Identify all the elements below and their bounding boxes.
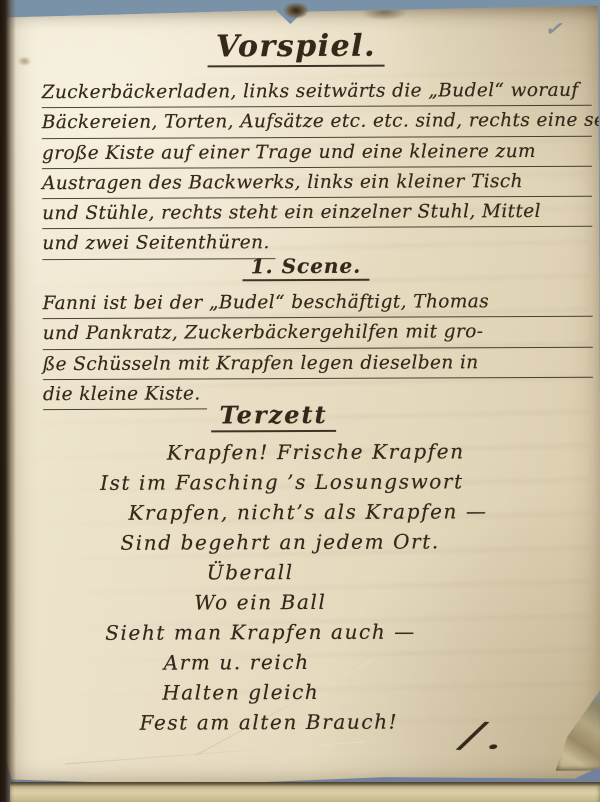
- verse-line: Krapfen, nicht’s als Krapfen —: [9, 496, 600, 529]
- verse-line: Sieht man Krapfen auch —: [0, 616, 559, 649]
- continuation-mark: /.: [459, 714, 510, 758]
- paper-tear: [283, 2, 309, 19]
- stage-direction-opening: Zuckerbäckerladen, links seitwärts die „…: [42, 76, 593, 260]
- manuscript-line: Austragen des Backwerks, links ein klein…: [42, 167, 592, 200]
- verse-line: Ist im Fasching ’s Losungswort: [0, 466, 580, 499]
- verse-line: Krapfen! Frische Krapfen: [17, 436, 600, 469]
- verse-line: Halten gleich: [0, 676, 539, 709]
- scene-heading: 1. Scene.: [7, 253, 600, 280]
- verse-line: Wo ein Ball: [0, 586, 559, 619]
- page-stack-edge: [10, 782, 600, 802]
- manuscript-line: und Stühle, rechts steht ein einzelner S…: [42, 197, 592, 230]
- book-binding-edge: [0, 0, 16, 802]
- verse-line: Arm u. reich: [0, 646, 535, 679]
- manuscript-line: Zuckerbäckerladen, links seitwärts die „…: [42, 76, 592, 109]
- paper-crease: [65, 741, 364, 764]
- manuscript-photo: ✓ Vorspiel. Zuckerbäckerladen, links sei…: [0, 0, 600, 802]
- song-heading: Terzett: [0, 399, 572, 431]
- page-title: Vorspiel.: [0, 28, 595, 66]
- verse-line: Sind begehrt an jedem Ort.: [0, 526, 579, 559]
- terzett-verse: Krapfen! Frische Krapfen Ist im Fasching…: [3, 436, 600, 739]
- manuscript-page: ✓ Vorspiel. Zuckerbäckerladen, links sei…: [1, 6, 600, 788]
- stage-direction-scene1: Fanni ist bei der „Budel“ beschäftigt, T…: [43, 287, 594, 411]
- manuscript-line: große Kiste auf einer Trage und eine kle…: [42, 136, 592, 169]
- paper-stain: [361, 5, 407, 21]
- manuscript-line: Bäckereien, Torten, Aufsätze etc. etc. s…: [42, 106, 592, 139]
- manuscript-line: Fanni ist bei der „Budel“ beschäftigt, T…: [43, 287, 593, 320]
- manuscript-line: ße Schüsseln mit Krapfen legen dieselben…: [43, 347, 593, 380]
- verse-line: Überall: [0, 556, 549, 589]
- manuscript-line: und Pankratz, Zuckerbäckergehilfen mit g…: [43, 317, 593, 350]
